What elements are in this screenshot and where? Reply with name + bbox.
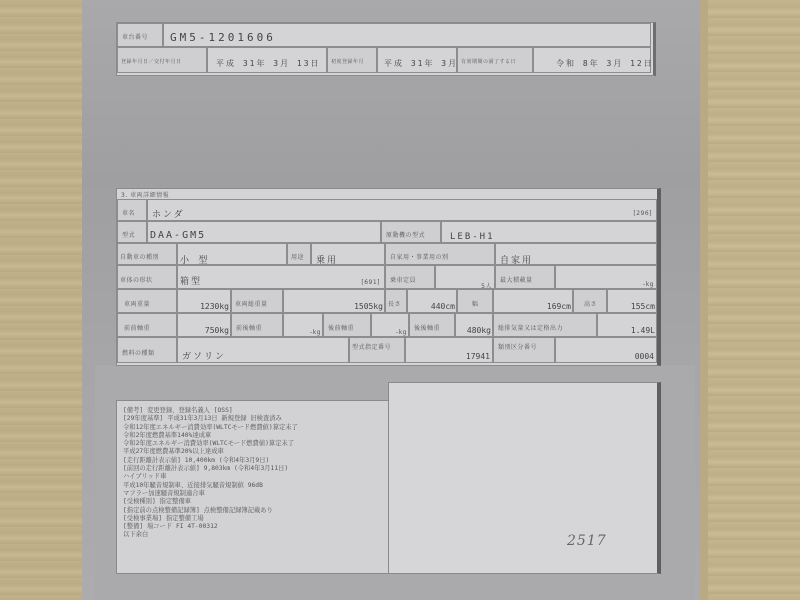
rear-front-axle-label-cell: 後前軸重 [323, 313, 371, 337]
maker-value: ホンダ [152, 207, 185, 220]
gross-weight-value: 1505kg [354, 302, 383, 311]
model-label: 型式 [122, 230, 135, 239]
remarks-text: [備考] 変更登録、登録名義人 [OSS] [29年度基準] 平成31年3月13… [123, 407, 298, 540]
length-label-cell: 長さ [385, 289, 407, 313]
wood-surface-right [708, 0, 800, 600]
height-label: 高さ [584, 299, 597, 308]
width-label-cell: 幅 [457, 289, 493, 313]
use-cell: 乗用 [311, 243, 385, 265]
rear-axle-label: 後後軸重 [414, 323, 440, 332]
category-value: 0004 [635, 352, 654, 361]
body-shape-cell: 箱型 [691] [177, 265, 385, 289]
height-cell: 155cm [607, 289, 657, 313]
private-label-cell: 自家用・事業用の別 [385, 243, 495, 265]
type-approval-cell: 17941 [405, 337, 493, 363]
weight-value: 1230kg [200, 302, 229, 311]
first-reg-cell: 平成 31年 3月 13日 [207, 47, 327, 73]
vehicle-number: GM5-1201606 [170, 31, 276, 44]
blank-panel: 2517 [388, 382, 661, 574]
height-value: 155cm [631, 302, 655, 311]
remarks-panel: [備考] 変更登録、登録名義人 [OSS] [29年度基準] 平成31年3月13… [116, 400, 390, 574]
vehicle-number-cell: GM5-1201606 [163, 23, 651, 47]
body-shape-code: [691] [361, 279, 380, 286]
width-label: 幅 [472, 299, 479, 308]
length-cell: 440cm [407, 289, 457, 313]
gross-weight-label-cell: 車両総重量 [231, 289, 283, 313]
model-cell: DAA-GM5 [147, 221, 381, 243]
maker-code: [296] [633, 210, 652, 217]
use-label: 用途 [291, 252, 304, 261]
category-label: 類別区分番号 [498, 342, 537, 351]
max-load-label: 最大積載量 [500, 275, 533, 284]
front-rear-axle-label: 前後軸重 [236, 323, 262, 332]
front-axle-cell: 750kg [177, 313, 231, 337]
max-load-label-cell: 最大積載量 [495, 265, 555, 289]
vehicle-number-label-cell: 車台番号 [117, 23, 163, 47]
rear-axle-label-cell: 後後軸重 [409, 313, 455, 337]
vehicle-type-label-cell: 自動車の種別 [117, 243, 177, 265]
model-value: DAA-GM5 [150, 230, 206, 241]
private-cell: 自家用 [495, 243, 657, 265]
front-axle-label: 前前軸重 [124, 323, 150, 332]
first-reg-date: 平成 31年 3月 13日 [216, 58, 321, 69]
expiry-label-cell: 有効期間の満了する日 [457, 47, 533, 73]
capacity-label: 乗車定員 [390, 275, 416, 284]
type-approval-value: 17941 [466, 352, 490, 361]
capacity-label-cell: 乗車定員 [385, 265, 435, 289]
rear-front-axle-label: 後前軸重 [328, 323, 354, 332]
front-rear-axle-cell: -kg [283, 313, 323, 337]
front-rear-axle-value: -kg [310, 329, 321, 336]
displacement-cell: 1.49L [597, 313, 657, 337]
category-label-cell: 類別区分番号 [493, 337, 555, 363]
weight-cell: 1230kg [177, 289, 231, 313]
engine-model-label: 原動機の型式 [386, 230, 425, 239]
initial-reg-label-cell: 初度登録年月 [327, 47, 377, 73]
gross-weight-cell: 1505kg [283, 289, 385, 313]
fuel-label: 燃料の種類 [122, 348, 155, 357]
initial-reg-label: 初度登録年月 [331, 58, 364, 65]
max-load-cell: -kg [555, 265, 657, 289]
length-value: 440cm [431, 302, 455, 311]
use-label-cell: 用途 [287, 243, 311, 265]
height-label-cell: 高さ [573, 289, 607, 313]
rear-front-axle-cell: -kg [371, 313, 409, 337]
width-cell: 169cm [493, 289, 573, 313]
maker-label-cell: 車名 [117, 199, 147, 221]
rear-axle-cell: 480kg [455, 313, 493, 337]
weight-label-cell: 車両重量 [117, 289, 177, 313]
first-reg-label-cell: 登録年月日／交付年月日 [117, 47, 207, 73]
capacity-cell: 5人 [435, 265, 495, 289]
initial-reg-date: 平成 31年 3月 [384, 58, 458, 69]
fuel-value: ガソリン [182, 349, 226, 362]
type-approval-label-cell: 型式指定番号 [349, 337, 405, 363]
section-title: 3. 車両詳細情報 [121, 190, 169, 199]
displacement-value: 1.49L [631, 326, 655, 335]
type-approval-label: 型式指定番号 [352, 342, 391, 351]
maker-cell: ホンダ [296] [147, 199, 657, 221]
length-label: 長さ [388, 299, 401, 308]
private-business-label: 自家用・事業用の別 [390, 252, 449, 261]
body-shape-label: 車体の形状 [120, 275, 153, 284]
vehicle-type-label: 自動車の種別 [120, 252, 159, 261]
width-value: 169cm [547, 302, 571, 311]
first-reg-label: 登録年月日／交付年月日 [121, 58, 182, 65]
expiry-date: 令和 8年 3月 12日 [556, 58, 654, 69]
fuel-cell: ガソリン [177, 337, 349, 363]
top-info-strip: 車台番号 GM5-1201606 登録年月日／交付年月日 平成 31年 3月 1… [116, 22, 656, 76]
category-cell: 0004 [555, 337, 657, 363]
initial-reg-cell: 平成 31年 3月 [377, 47, 457, 73]
engine-model-value: LEB-H1 [450, 232, 495, 242]
fuel-label-cell: 燃料の種類 [117, 337, 177, 363]
displacement-label-cell: 総排気量又は定格出力 [493, 313, 597, 337]
wood-surface-left [0, 0, 82, 600]
engine-label-cell: 原動機の型式 [381, 221, 441, 243]
model-label-cell: 型式 [117, 221, 147, 243]
body-shape-label-cell: 車体の形状 [117, 265, 177, 289]
rear-axle-value: 480kg [467, 326, 491, 335]
displacement-label: 総排気量又は定格出力 [498, 323, 563, 332]
vehicle-number-label: 車台番号 [122, 32, 148, 41]
expiry-cell: 令和 8年 3月 12日 [533, 47, 651, 73]
handwritten-number: 2517 [567, 533, 607, 549]
front-axle-label-cell: 前前軸重 [117, 313, 177, 337]
maker-label: 車名 [122, 208, 135, 217]
vehicle-type-cell: 小 型 [177, 243, 287, 265]
engine-cell: LEB-H1 [441, 221, 657, 243]
vehicle-details-table: 3. 車両詳細情報 車名 ホンダ [296] 型式 DAA-GM5 原動機の型式… [116, 188, 661, 366]
max-load-value: -kg [643, 281, 654, 288]
front-rear-axle-label-cell: 前後軸重 [231, 313, 283, 337]
expiry-label: 有効期間の満了する日 [461, 58, 516, 65]
rear-front-axle-value: -kg [396, 329, 407, 336]
front-axle-value: 750kg [205, 326, 229, 335]
body-shape-value: 箱型 [180, 274, 202, 287]
weight-label: 車両重量 [124, 299, 150, 308]
gross-weight-label: 車両総重量 [235, 299, 268, 308]
